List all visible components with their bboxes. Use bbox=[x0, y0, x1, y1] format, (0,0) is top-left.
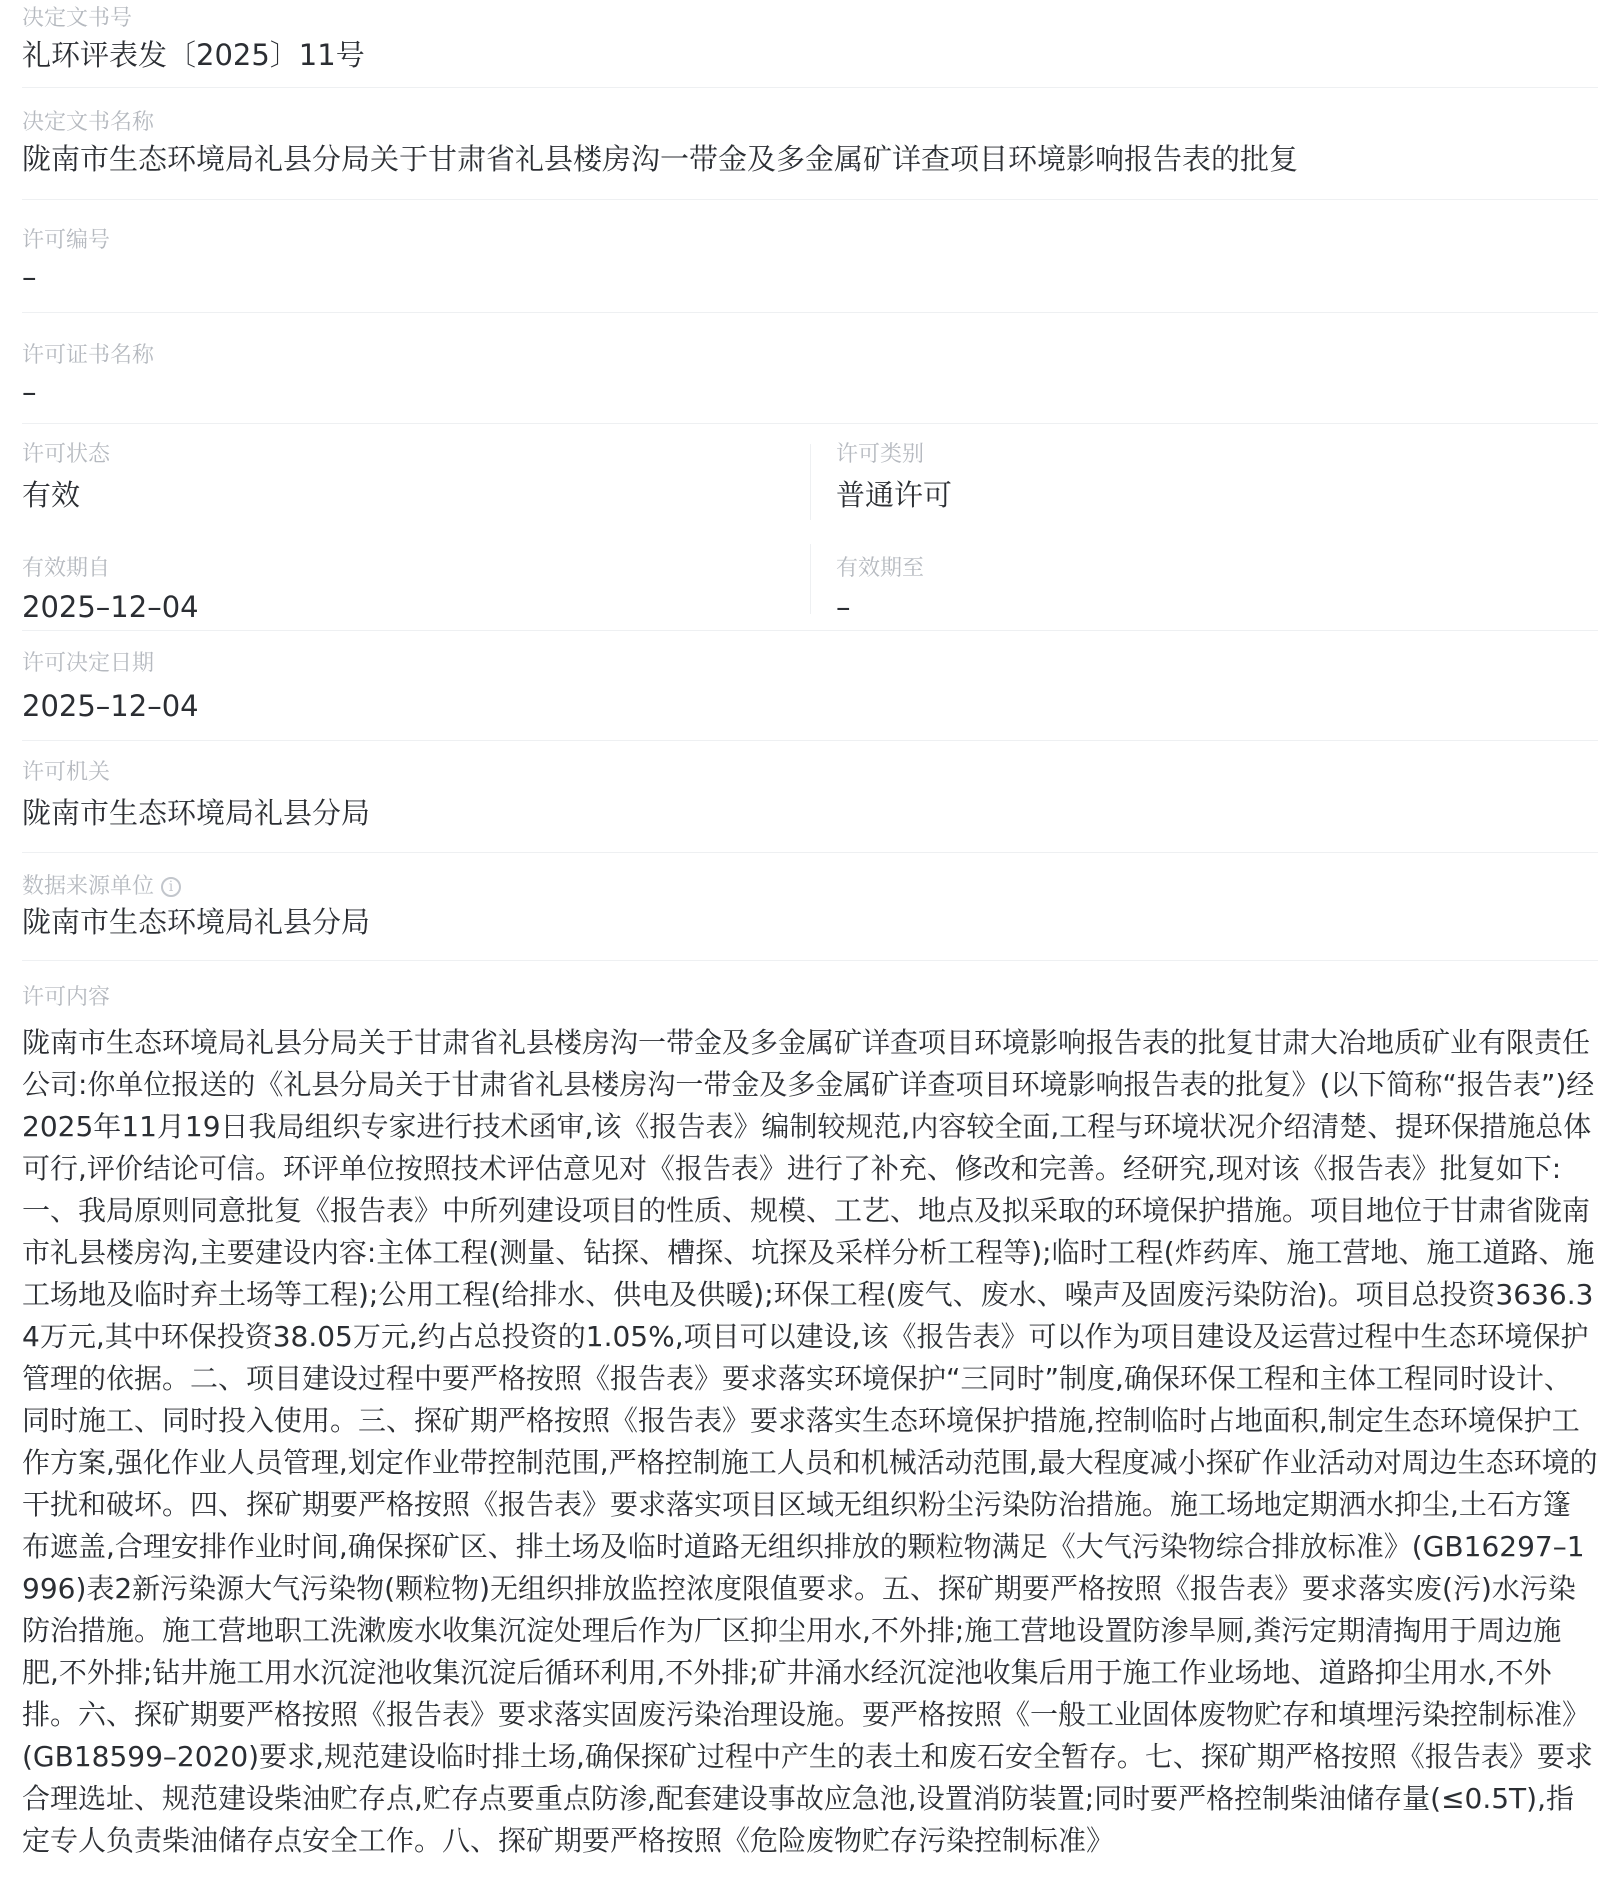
field-license-category: 许可类别 普通许可 bbox=[810, 424, 1598, 524]
field-value-authority: 陇南市生态环境局礼县分局 bbox=[22, 798, 1598, 828]
label-text: 数据来源单位 bbox=[22, 876, 154, 898]
status-category-row: 许可状态 有效 许可类别 普通许可 bbox=[22, 424, 1598, 524]
info-icon-glyph: i bbox=[169, 880, 173, 894]
field-value-valid-to: – bbox=[836, 592, 1598, 622]
field-doc-number: 决定文书号 礼环评表发〔2025〕11号 bbox=[22, 0, 1598, 88]
field-value-decision-date: 2025–12–04 bbox=[22, 691, 1598, 721]
info-circle-icon[interactable]: i bbox=[161, 877, 181, 897]
field-license-number: 许可编号 – bbox=[22, 200, 1598, 313]
field-value-doc-number: 礼环评表发〔2025〕11号 bbox=[22, 40, 1598, 70]
label-text: 许可决定日期 bbox=[22, 653, 154, 675]
field-authority: 许可机关 陇南市生态环境局礼县分局 bbox=[22, 741, 1598, 853]
label-text: 许可类别 bbox=[836, 444, 924, 466]
field-value-license-status: 有效 bbox=[22, 480, 810, 510]
field-data-source: 数据来源单位 i 陇南市生态环境局礼县分局 bbox=[22, 853, 1598, 961]
field-label-decision-date: 许可决定日期 bbox=[22, 653, 1598, 675]
field-label-doc-name: 决定文书名称 bbox=[22, 112, 1598, 134]
label-text: 许可编号 bbox=[22, 230, 110, 252]
field-license-cert-name: 许可证书名称 – bbox=[22, 313, 1598, 424]
field-value-license-number: – bbox=[22, 262, 1598, 292]
label-text: 许可内容 bbox=[22, 987, 110, 1009]
license-detail-page: 决定文书号 礼环评表发〔2025〕11号 决定文书名称 陇南市生态环境局礼县分局… bbox=[0, 0, 1620, 1862]
label-text: 许可状态 bbox=[22, 444, 110, 466]
label-text: 决定文书名称 bbox=[22, 112, 154, 134]
label-text: 许可证书名称 bbox=[22, 345, 154, 367]
field-label-doc-number: 决定文书号 bbox=[22, 8, 1598, 30]
field-label-valid-to: 有效期至 bbox=[836, 558, 1598, 580]
field-label-license-number: 许可编号 bbox=[22, 230, 1598, 252]
field-value-license-cert-name: – bbox=[22, 377, 1598, 407]
license-content-text: 陇南市生态环境局礼县分局关于甘肃省礼县楼房沟一带金及多金属矿详查项目环境影响报告… bbox=[22, 1022, 1598, 1862]
field-valid-from: 有效期自 2025–12–04 bbox=[22, 524, 810, 630]
field-valid-to: 有效期至 – bbox=[810, 524, 1598, 630]
field-label-license-category: 许可类别 bbox=[836, 444, 1598, 466]
vertical-divider bbox=[810, 544, 811, 614]
field-label-license-content: 许可内容 bbox=[22, 987, 1598, 1009]
field-value-valid-from: 2025–12–04 bbox=[22, 592, 810, 622]
label-text: 许可机关 bbox=[22, 762, 110, 784]
field-value-data-source: 陇南市生态环境局礼县分局 bbox=[22, 907, 1598, 937]
field-label-data-source: 数据来源单位 i bbox=[22, 876, 1598, 898]
field-doc-name: 决定文书名称 陇南市生态环境局礼县分局关于甘肃省礼县楼房沟一带金及多金属矿详查项… bbox=[22, 88, 1598, 200]
field-label-valid-from: 有效期自 bbox=[22, 558, 810, 580]
validity-period-row: 有效期自 2025–12–04 有效期至 – bbox=[22, 524, 1598, 631]
field-label-authority: 许可机关 bbox=[22, 762, 1598, 784]
field-decision-date: 许可决定日期 2025–12–04 bbox=[22, 631, 1598, 741]
label-text: 有效期自 bbox=[22, 558, 110, 580]
field-label-license-status: 许可状态 bbox=[22, 444, 810, 466]
field-label-license-cert-name: 许可证书名称 bbox=[22, 345, 1598, 367]
field-license-content: 许可内容 陇南市生态环境局礼县分局关于甘肃省礼县楼房沟一带金及多金属矿详查项目环… bbox=[22, 961, 1598, 1862]
vertical-divider bbox=[810, 444, 811, 520]
field-value-license-category: 普通许可 bbox=[836, 480, 1598, 510]
label-text: 决定文书号 bbox=[22, 8, 132, 30]
label-text: 有效期至 bbox=[836, 558, 924, 580]
field-value-doc-name: 陇南市生态环境局礼县分局关于甘肃省礼县楼房沟一带金及多金属矿详查项目环境影响报告… bbox=[22, 144, 1598, 174]
field-license-status: 许可状态 有效 bbox=[22, 424, 810, 524]
